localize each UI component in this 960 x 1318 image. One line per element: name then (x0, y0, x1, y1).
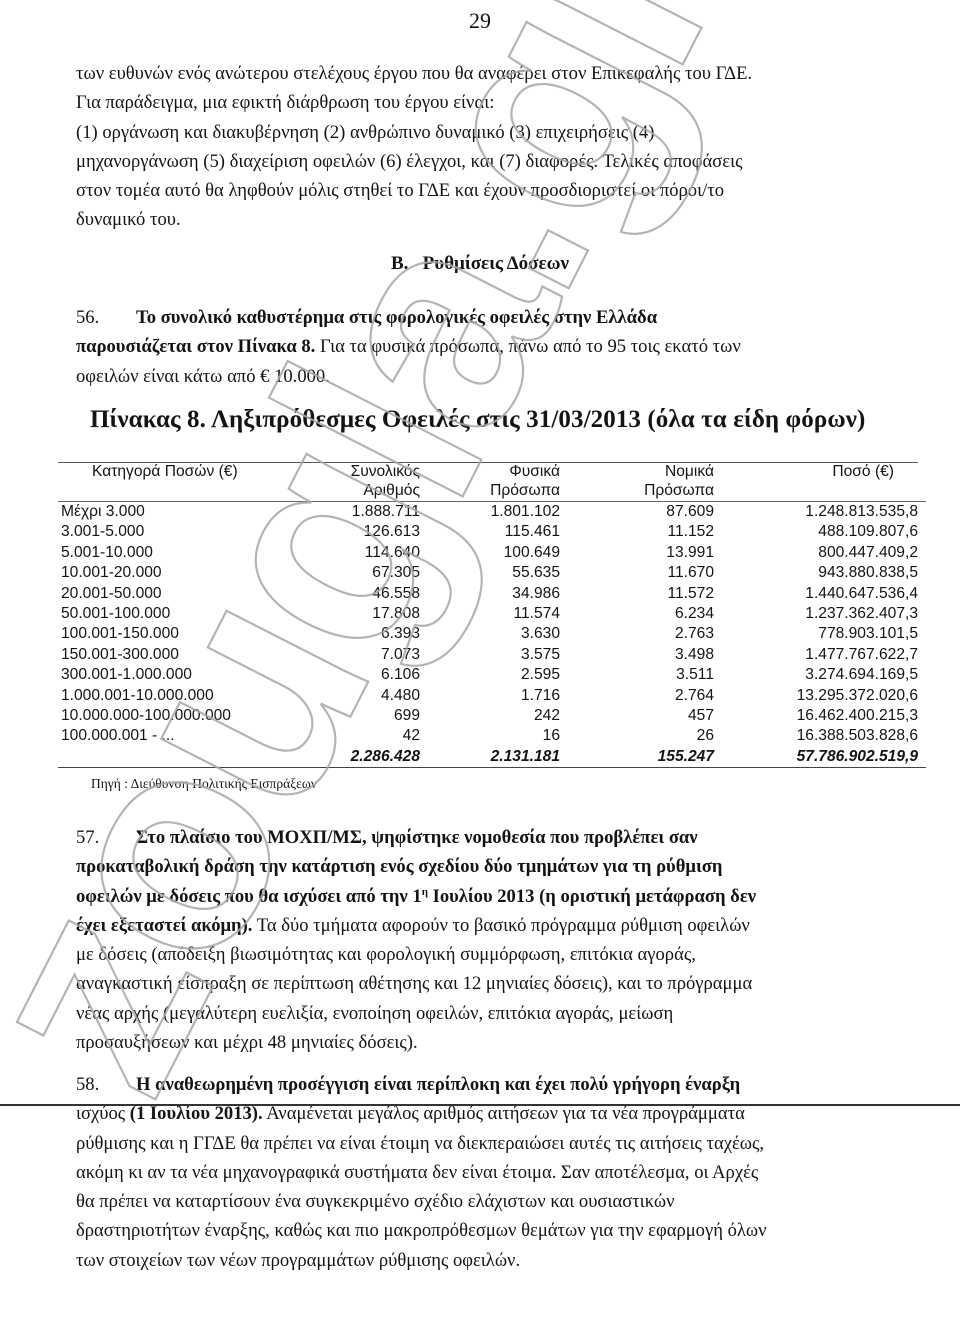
cell-category: 10.000.000-100.000.000 (58, 706, 328, 726)
text: ισχύος (76, 1103, 130, 1124)
cell-total-count: 126.613 (328, 522, 420, 542)
text-line: προκαταβολική δράση την κατάρτιση ενός σ… (76, 852, 906, 881)
text-line: των στοιχείων των νέων προγραμμάτων ρύθμ… (76, 1246, 906, 1275)
column-header-category: Κατηγορά Ποσών (€) (58, 460, 328, 502)
cell-category: 100.001-150.000 (58, 624, 328, 644)
paragraph-number: 57. (76, 823, 136, 852)
cell-amount: 1.237.362.407,3 (714, 604, 926, 624)
text: Για τα φυσικά πρόσωπα, πάνω από το 95 το… (315, 336, 740, 357)
paragraph-lead: παρουσιάζεται στον Πίνακα 8. (76, 336, 315, 357)
text: Τα δύο τμήματα αφορούν το βασικό πρόγραμ… (252, 915, 749, 936)
cell-total-count: 1.888.711 (328, 502, 420, 523)
cell-amount: 800.447.409,2 (714, 543, 926, 563)
cell-category: 100.000.001 - ... (58, 726, 328, 746)
cell-individuals: 2.595 (420, 665, 560, 685)
cell-category: 5.001-10.000 (58, 543, 328, 563)
cell-legal-entities: 2.764 (560, 686, 714, 706)
cell-total-count: 6.393 (328, 624, 420, 644)
cell-legal-entities: 155.247 (560, 747, 714, 768)
cell-legal-entities: 13.991 (560, 543, 714, 563)
cell-total-count: 4.480 (328, 686, 420, 706)
cell-category: 150.001-300.000 (58, 645, 328, 665)
cell-amount: 16.388.503.828,6 (714, 726, 926, 746)
cell-category: 20.001-50.000 (58, 584, 328, 604)
page-number: 29 (0, 8, 960, 34)
cell-legal-entities: 11.152 (560, 522, 714, 542)
text-line: οφειλών είναι κάτω από € 10.000. (76, 362, 906, 391)
cell-category: 3.001-5.000 (58, 522, 328, 542)
table-header-row: Κατηγορά Ποσών (€) ΣυνολικόςΑριθμός Φυσι… (58, 460, 926, 502)
table-row: 10.001-20.00067.30555.63511.670943.880.8… (58, 563, 926, 583)
cell-legal-entities: 26 (560, 726, 714, 746)
text-line: ακόμη κι αν τα νέα μηχανογραφικά συστήμα… (76, 1158, 906, 1187)
table-row: 20.001-50.00046.55834.98611.5721.440.647… (58, 584, 926, 604)
cell-total-count: 6.106 (328, 665, 420, 685)
cell-amount: 16.462.400.215,3 (714, 706, 926, 726)
cell-individuals: 100.649 (420, 543, 560, 563)
cell-amount: 1.477.767.622,7 (714, 645, 926, 665)
text: (1 Ιουλίου 2013). (130, 1103, 263, 1124)
text-line: προσαυξήσεων και μέχρι 48 μηνιαίες δόσει… (76, 1028, 906, 1057)
text-line: των ευθυνών ενός ανώτερου στελέχους έργο… (76, 59, 906, 88)
table-row: 5.001-10.000114.640100.64913.991800.447.… (58, 543, 926, 563)
text-line: νέας αρχής (μεγαλύτερη ευελιξία, ενοποίη… (76, 999, 906, 1028)
cell-category: 1.000.001-10.000.000 (58, 686, 328, 706)
intro-paragraph: των ευθυνών ενός ανώτερου στελέχους έργο… (76, 59, 906, 235)
paragraph-number: 56. (76, 303, 136, 332)
overdue-debts-table: Κατηγορά Ποσών (€) ΣυνολικόςΑριθμός Φυσι… (58, 460, 926, 768)
table-row: 3.001-5.000126.613115.46111.152488.109.8… (58, 522, 926, 542)
cell-individuals: 1.801.102 (420, 502, 560, 523)
table-total-row: 2.286.4282.131.181155.24757.786.902.519,… (58, 747, 926, 768)
cell-total-count: 114.640 (328, 543, 420, 563)
cell-individuals: 55.635 (420, 563, 560, 583)
table-row: Μέχρι 3.0001.888.7111.801.10287.6091.248… (58, 502, 926, 523)
table-row: 300.001-1.000.0006.1062.5953.5113.274.69… (58, 665, 926, 685)
cell-amount: 778.903.101,5 (714, 624, 926, 644)
cell-legal-entities: 457 (560, 706, 714, 726)
text-line: δραστηριοτήτων έναρξης, καθώς και πιο μα… (76, 1216, 906, 1245)
table-title: Πίνακας 8. Ληξιπρόθεσμες Οφειλές στις 31… (90, 406, 865, 434)
text: έχει εξεταστεί ακόμη). (76, 915, 252, 936)
section-heading: B. Ρυθμίσεις Δόσεων (0, 253, 960, 275)
cell-individuals: 34.986 (420, 584, 560, 604)
column-header-total-count: ΣυνολικόςΑριθμός (328, 460, 420, 502)
cell-category: Μέχρι 3.000 (58, 502, 328, 523)
cell-individuals: 242 (420, 706, 560, 726)
paragraph-lead: Το συνολικό καθυστέρημα στις φορολογικές… (136, 307, 657, 328)
table-row: 100.001-150.0006.3933.6302.763778.903.10… (58, 624, 926, 644)
cell-category (58, 747, 328, 768)
paragraph-lead: Η αναθεωρημένη προσέγγιση είναι περίπλοκ… (136, 1074, 740, 1095)
scan-artifact-line (0, 1104, 960, 1106)
cell-category: 300.001-1.000.000 (58, 665, 328, 685)
cell-amount: 488.109.807,6 (714, 522, 926, 542)
text-line: θα πρέπει να καταρτίσουν ένα συγκεκριμέν… (76, 1187, 906, 1216)
table-row: 50.001-100.00017.80811.5746.2341.237.362… (58, 604, 926, 624)
text-line: ρύθμισης και η ΓΓΔΕ θα πρέπει να είναι έ… (76, 1129, 906, 1158)
paragraph-56: 56.Το συνολικό καθυστέρημα στις φορολογι… (76, 303, 906, 391)
table-row: 150.001-300.0007.0733.5753.4981.477.767.… (58, 645, 926, 665)
cell-amount: 1.248.813.535,8 (714, 502, 926, 523)
cell-legal-entities: 11.670 (560, 563, 714, 583)
cell-individuals: 16 (420, 726, 560, 746)
cell-total-count: 699 (328, 706, 420, 726)
text-line: με δόσεις (απόδειξη βιωσιμότητας και φορ… (76, 940, 906, 969)
text: Αναμένεται μεγάλος αριθμός αιτήσεων για … (263, 1103, 745, 1124)
cell-total-count: 17.808 (328, 604, 420, 624)
text-line: (1) οργάνωση και διακυβέρνηση (2) ανθρώπ… (76, 118, 906, 147)
table-row: 10.000.000-100.000.00069924245716.462.40… (58, 706, 926, 726)
text-line: αναγκαστική είσπραξη σε περίπτωση αθέτησ… (76, 969, 906, 998)
cell-category: 10.001-20.000 (58, 563, 328, 583)
text-line: δυναμικό του. (76, 205, 906, 234)
cell-legal-entities: 11.572 (560, 584, 714, 604)
cell-legal-entities: 3.498 (560, 645, 714, 665)
paragraph-lead: Στο πλαίσιο του ΜΟΧΠ/ΜΣ, ψηφίστηκε νομοθ… (136, 827, 698, 848)
cell-legal-entities: 87.609 (560, 502, 714, 523)
text-line: στον τομέα αυτό θα ληφθούν μόλις στηθεί … (76, 176, 906, 205)
table-row: 100.000.001 - ...42162616.388.503.828,6 (58, 726, 926, 746)
text: οφειλών με δόσεις που θα ισχύσει από την… (76, 886, 422, 907)
cell-legal-entities: 6.234 (560, 604, 714, 624)
cell-amount: 1.440.647.536,4 (714, 584, 926, 604)
column-header-amount: Ποσό (€) (714, 460, 926, 502)
paragraph-number: 58. (76, 1070, 136, 1099)
cell-individuals: 115.461 (420, 522, 560, 542)
cell-total-count: 46.558 (328, 584, 420, 604)
table-source: Πηγή : Διεύθυνση Πολιτικής Εισπράξεων (91, 776, 317, 792)
cell-legal-entities: 3.511 (560, 665, 714, 685)
cell-individuals: 1.716 (420, 686, 560, 706)
cell-individuals: 3.630 (420, 624, 560, 644)
cell-amount: 57.786.902.519,9 (714, 747, 926, 768)
paragraph-58: 58.Η αναθεωρημένη προσέγγιση είναι περίπ… (76, 1070, 906, 1275)
cell-total-count: 7.073 (328, 645, 420, 665)
text: Ιουλίου 2013 (η οριστική μετάφραση δεν (428, 886, 756, 907)
cell-amount: 943.880.838,5 (714, 563, 926, 583)
cell-individuals: 3.575 (420, 645, 560, 665)
column-header-individuals: ΦυσικάΠρόσωπα (420, 460, 560, 502)
cell-individuals: 2.131.181 (420, 747, 560, 768)
cell-total-count: 2.286.428 (328, 747, 420, 768)
cell-legal-entities: 2.763 (560, 624, 714, 644)
text-line: μηχανοργάνωση (5) διαχείριση οφειλών (6)… (76, 147, 906, 176)
cell-total-count: 67.305 (328, 563, 420, 583)
table-row: 1.000.001-10.000.0004.4801.7162.76413.29… (58, 686, 926, 706)
text-line: Για παράδειγμα, μια εφικτή διάρθρωση του… (76, 88, 906, 117)
cell-amount: 3.274.694.169,5 (714, 665, 926, 685)
column-header-legal-entities: ΝομικάΠρόσωπα (560, 460, 714, 502)
cell-individuals: 11.574 (420, 604, 560, 624)
paragraph-57: 57.Στο πλαίσιο του ΜΟΧΠ/ΜΣ, ψηφίστηκε νο… (76, 823, 906, 1057)
cell-category: 50.001-100.000 (58, 604, 328, 624)
cell-amount: 13.295.372.020,6 (714, 686, 926, 706)
cell-total-count: 42 (328, 726, 420, 746)
